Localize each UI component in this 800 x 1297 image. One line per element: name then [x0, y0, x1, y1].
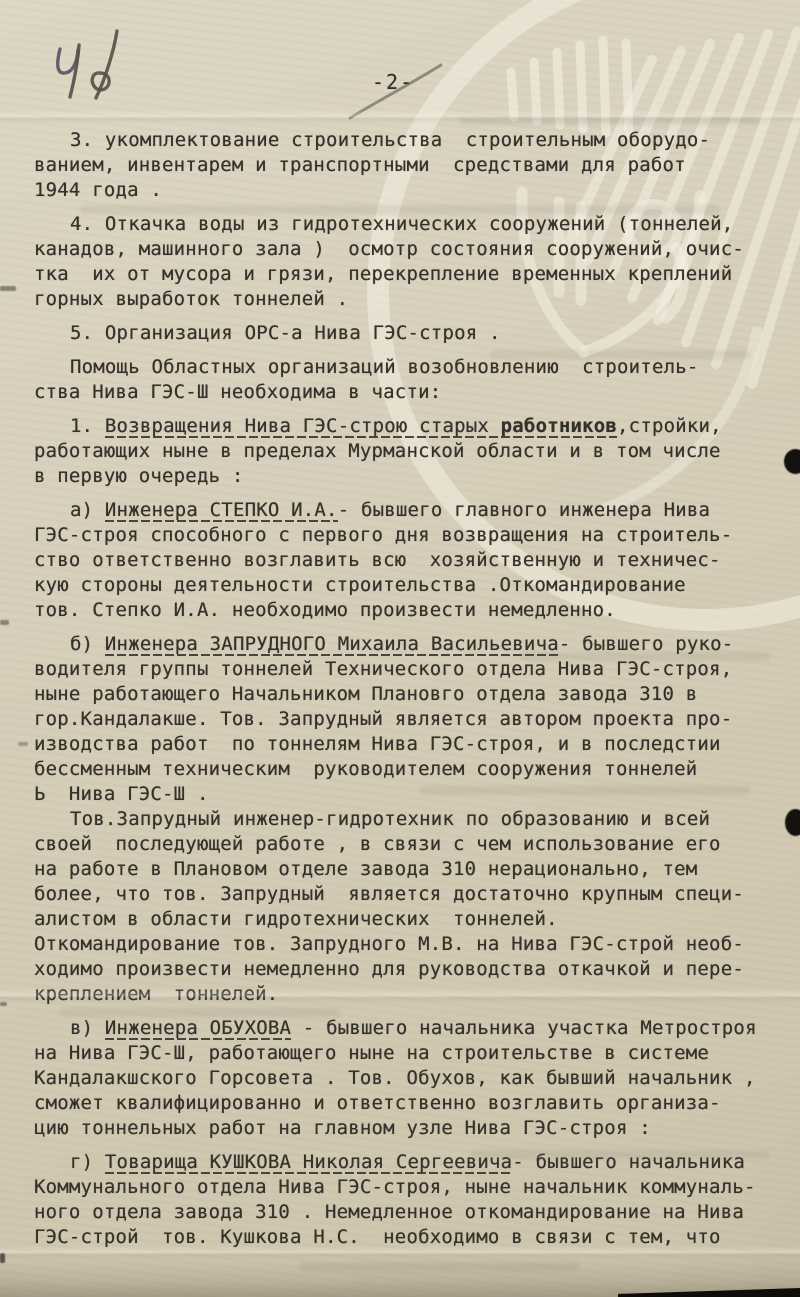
paragraph: 5. Организация ОРС-а Нива ГЭС-строя .: [34, 321, 776, 346]
paragraph: г) Товарища КУШКОВА Николая Сергеевича- …: [34, 1150, 776, 1250]
text-line: 3. укомплектование строительства строите…: [34, 128, 776, 153]
text-run: а): [70, 499, 105, 521]
scan-hole-mark-bottom: [785, 809, 800, 836]
text-run: бессменным техническим руководителем соо…: [34, 758, 697, 780]
text-run: Кандалакшского Горсовета . Тов. Обухов, …: [34, 1067, 756, 1089]
text-run: Коммунального отдела Нива ГЭС-строя, нын…: [34, 1176, 756, 1198]
paragraph: 1. Возвращения Нива ГЭС-строю старых раб…: [34, 414, 776, 489]
text-line: гор.Кандалакше. Тов. Запрудный является …: [34, 707, 776, 732]
text-run: цию тоннельных работ на главном узле Нив…: [34, 1117, 651, 1139]
text-run: ходимо произвести немедленно для руковод…: [34, 958, 744, 980]
text-run: алистом в области гидротехнических тонне…: [34, 908, 558, 930]
text-line: ного отдела завода 310 . Немедленное отк…: [34, 1200, 776, 1225]
paragraph: а) Инженера СТЕПКО И.А.- бывшего главног…: [34, 498, 776, 623]
text-run: своей последующей работе , в связи с чем…: [34, 833, 721, 855]
paragraph: Тов.Запрудный инженер-гидротехник по обр…: [34, 807, 776, 1007]
bleedthrough-smudge: [60, 1008, 340, 1017]
text-run: г): [70, 1151, 105, 1173]
text-run: более, что тов. Запрудный является доста…: [34, 883, 744, 905]
text-run: тов. Степко И.А. необходимо произвести н…: [34, 599, 616, 621]
bleedthrough-smudge: [470, 1150, 770, 1159]
text-line: 1. Возвращения Нива ГЭС-строю старых раб…: [34, 414, 776, 439]
underlined-text: Инженера ОБУХОВА: [105, 1017, 291, 1040]
text-run: - бывшего начальника участка Метростроя: [291, 1017, 757, 1039]
paragraph: в) Инженера ОБУХОВА - бывшего начальника…: [34, 1016, 776, 1141]
text-run: - бывшего главного инженера Нива: [338, 499, 710, 521]
text-run: б): [70, 633, 105, 655]
text-run: 1944 года .: [34, 179, 162, 201]
text-line: 1944 года .: [34, 178, 776, 203]
paragraph: Помощь Областных организаций возобновлен…: [34, 355, 776, 405]
text-line: 4. Откачка воды из гидротехнических соор…: [34, 212, 776, 237]
text-line: ГЭС-строя способного с первого дня возвр…: [34, 523, 776, 548]
text-line: ства Нива ГЭС-Ш необходима в части:: [34, 380, 776, 405]
text-line: более, что тов. Запрудный является доста…: [34, 882, 776, 907]
underlined-text: Товарища КУШКОВА Николая Сергеевича: [105, 1151, 512, 1174]
text-run: ныне работающего Начальником Плановго от…: [34, 683, 697, 705]
text-line: на работе в Плановом отделе завода 310 н…: [34, 857, 776, 882]
text-run: ванием, инвентарем и транспортными средс…: [34, 154, 686, 176]
handwritten-sheet-number: [58, 31, 117, 98]
text-line: изводства работ по тоннелям Нива ГЭС-стр…: [34, 732, 776, 757]
text-run: 5. Организация ОРС-а Нива ГЭС-строя .: [70, 322, 501, 344]
text-run: водителя группы тоннелей Технического от…: [34, 658, 732, 680]
text-run: ства Нива ГЭС-Ш необходима в части:: [34, 381, 441, 403]
text-run: Нива ГЭС-Ш .: [69, 783, 209, 805]
text-line: в первую очередь :: [34, 464, 776, 489]
text-run: ГЭС-строй тов. Кушкова Н.С. необходимо в…: [34, 1226, 721, 1248]
text-run: ГЭС-строя способного с первого дня возвр…: [34, 524, 732, 546]
bottom-edge-shadow: [0, 1255, 800, 1297]
text-run: горных выработок тоннелей .: [34, 288, 348, 310]
text-run: в): [70, 1017, 105, 1039]
text-run: гор.Кандалакше. Тов. Запрудный является …: [34, 708, 732, 730]
text-line: а) Инженера СТЕПКО И.А.- бывшего главног…: [34, 498, 776, 523]
text-run: Ь: [34, 783, 69, 805]
text-line: алистом в области гидротехнических тонне…: [34, 907, 776, 932]
bleedthrough-smudge: [490, 350, 750, 359]
text-run: 1.: [70, 415, 105, 437]
text-run: канадов, машинного зала ) осмотр состоян…: [34, 238, 744, 260]
text-line: ство ответственно возглавить всю хозяйст…: [34, 548, 776, 573]
text-line: тка их от мусора и грязи, перекрепление …: [34, 262, 776, 287]
scan-hole-mark-top: [784, 449, 800, 474]
text-line: канадов, машинного зала ) осмотр состоян…: [34, 237, 776, 262]
text-line: Тов.Запрудный инженер-гидротехник по обр…: [34, 807, 776, 832]
text-run: на работе в Плановом отделе завода 310 н…: [34, 858, 697, 880]
document-body: 3. укомплектование строительства строите…: [34, 128, 776, 1250]
text-run: тка их от мусора и грязи, перекрепление …: [34, 263, 732, 285]
bleedthrough-smudge: [520, 652, 770, 661]
text-line: горных выработок тоннелей .: [34, 287, 776, 312]
underlined-text: работников: [501, 415, 617, 438]
paper-crease: [0, 988, 800, 1004]
text-line: Кандалакшского Горсовета . Тов. Обухов, …: [34, 1066, 776, 1091]
underlined-text: Возвращения Нива ГЭС-строю старых: [105, 415, 501, 438]
text-run: ного отдела завода 310 . Немедленное отк…: [34, 1201, 744, 1223]
text-run: ство ответственно возглавить всю хозяйст…: [34, 549, 721, 571]
text-run: 3. укомплектование строительства строите…: [70, 129, 710, 151]
text-line: на Нива ГЭС-Ш, работающего ныне на строи…: [34, 1041, 776, 1066]
edge-speck: [0, 620, 9, 625]
text-run: сможет квалифицированно и ответственно в…: [34, 1092, 721, 1114]
page-number: -2-: [372, 70, 414, 94]
text-run: Откомандирование тов. Запрудного М.В. на…: [34, 933, 744, 955]
edge-speck: [0, 286, 16, 291]
paragraph: 3. укомплектование строительства строите…: [34, 128, 776, 203]
text-run: 4. Откачка воды из гидротехнических соор…: [70, 213, 733, 235]
paper-crease: [0, 110, 800, 124]
scanned-document-page: -2- 3. укомплектование строительства стр…: [0, 0, 800, 1297]
paragraph: 4. Откачка воды из гидротехнических соор…: [34, 212, 776, 312]
text-run: Тов.Запрудный инженер-гидротехник по обр…: [70, 808, 710, 830]
text-run: кую стороны деятельности строительства .…: [34, 574, 686, 596]
text-line: 5. Организация ОРС-а Нива ГЭС-строя .: [34, 321, 776, 346]
text-run: работающих ныне в пределах Мурманской об…: [34, 440, 721, 462]
text-line: тов. Степко И.А. необходимо произвести н…: [34, 598, 776, 623]
text-line: в) Инженера ОБУХОВА - бывшего начальника…: [34, 1016, 776, 1041]
bleedthrough-smudge: [80, 205, 720, 214]
text-line: своей последующей работе , в связи с чем…: [34, 832, 776, 857]
underlined-text: Инженера СТЕПКО И.А.: [105, 499, 338, 522]
text-run: ,стройки,: [617, 415, 722, 437]
edge-speck: [18, 742, 28, 746]
text-line: ходимо произвести немедленно для руковод…: [34, 957, 776, 982]
text-line: бессменным техническим руководителем соо…: [34, 757, 776, 782]
text-run: в первую очередь :: [34, 465, 244, 487]
text-run: изводства работ по тоннелям Нива ГЭС-стр…: [34, 733, 721, 755]
text-run: на Нива ГЭС-Ш, работающего ныне на строи…: [34, 1042, 709, 1064]
bleedthrough-smudge: [420, 786, 750, 795]
text-run: Помощь Областных организаций возобновлен…: [70, 356, 699, 378]
underlined-text: Инженера ЗАПРУДНОГО Михаила Васильевича: [105, 633, 559, 656]
text-line: Коммунального отдела Нива ГЭС-строя, нын…: [34, 1175, 776, 1200]
text-line: сможет квалифицированно и ответственно в…: [34, 1091, 776, 1116]
text-line: ванием, инвентарем и транспортными средс…: [34, 153, 776, 178]
text-line: цию тоннельных работ на главном узле Нив…: [34, 1116, 776, 1141]
text-line: Откомандирование тов. Запрудного М.В. на…: [34, 932, 776, 957]
text-line: кую стороны деятельности строительства .…: [34, 573, 776, 598]
text-line: ныне работающего Начальником Плановго от…: [34, 682, 776, 707]
text-line: работающих ныне в пределах Мурманской об…: [34, 439, 776, 464]
